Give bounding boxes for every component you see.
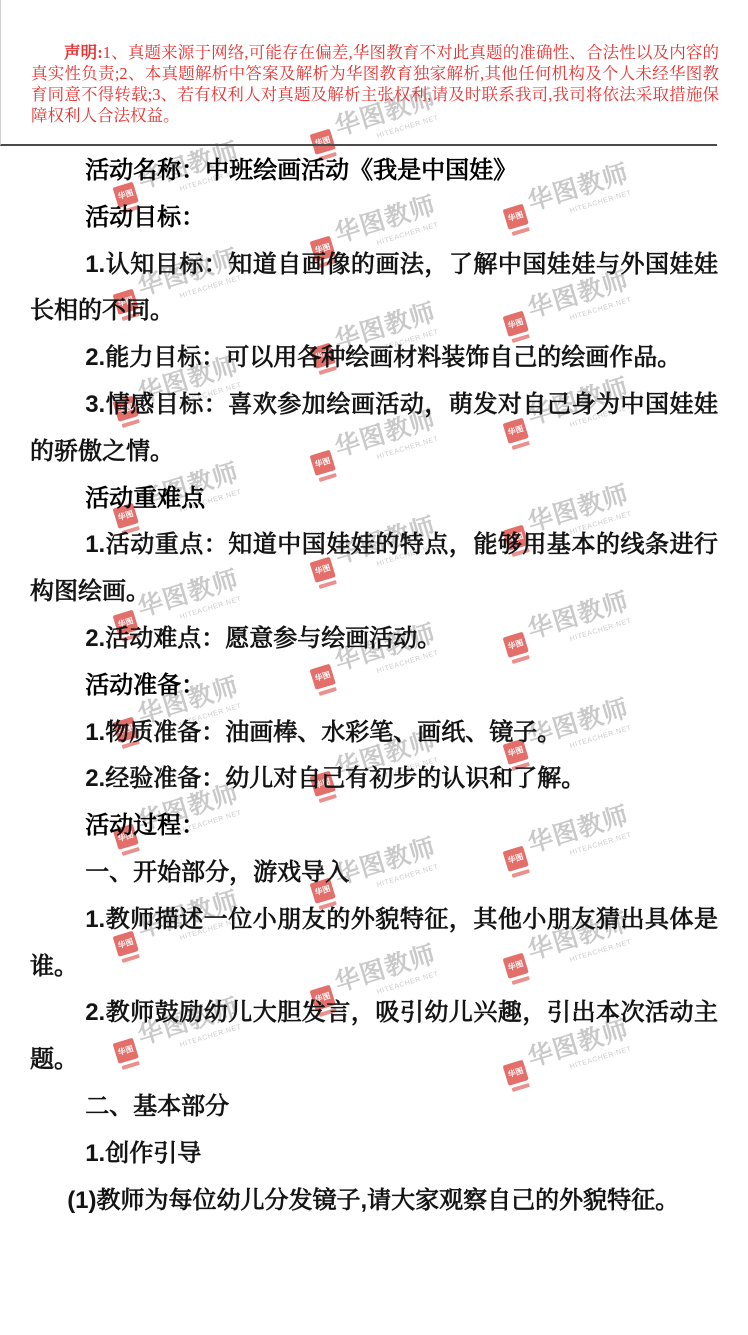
doc-heading: 活动重难点 xyxy=(30,476,718,523)
doc-paragraph: 1.教师描述一位小朋友的外貌特征，其他小朋友猜出具体是谁。 xyxy=(30,897,718,991)
doc-paragraph: 1.认知目标：知道自画像的画法，了解中国娃娃与外国娃娃长相的不同。 xyxy=(30,242,718,336)
doc-paragraph: 1.创作引导 xyxy=(30,1131,718,1178)
doc-heading: 活动过程： xyxy=(30,803,718,850)
doc-paragraph: 2.教师鼓励幼儿大胆发言，吸引幼儿兴趣，引出本次活动主题。 xyxy=(30,990,718,1084)
doc-paragraph: 一、开始部分，游戏导入 xyxy=(30,850,718,897)
doc-paragraph: 2.活动难点：愿意参与绘画活动。 xyxy=(30,616,718,663)
doc-paragraph: 二、基本部分 xyxy=(30,1084,718,1131)
doc-paragraph: 3.情感目标：喜欢参加绘画活动，萌发对自己身为中国娃娃的骄傲之情。 xyxy=(30,382,718,476)
lesson-plan-document: 活动名称：中班绘画活动《我是中国娃》活动目标：1.认知目标：知道自画像的画法，了… xyxy=(30,148,718,1224)
doc-paragraph: 2.能力目标：可以用各种绘画材料装饰自己的绘画作品。 xyxy=(30,335,718,382)
doc-paragraph: (1)教师为每位幼儿分发镜子,请大家观察自己的外貌特征。 xyxy=(30,1178,718,1225)
disclaimer-box: 声明:1、真题来源于网络,可能存在偏差,华图教育不对此真题的准确性、合法性以及内… xyxy=(0,0,717,146)
doc-paragraph: 1.活动重点：知道中国娃娃的特点，能够用基本的线条进行构图绘画。 xyxy=(30,522,718,616)
doc-heading: 活动名称：中班绘画活动《我是中国娃》 xyxy=(30,148,718,195)
disclaimer-label: 声明: xyxy=(64,43,103,62)
disclaimer-body: 1、真题来源于网络,可能存在偏差,华图教育不对此真题的准确性、合法性以及内容的真… xyxy=(31,43,719,125)
doc-heading: 活动准备： xyxy=(30,663,718,710)
doc-paragraph: 1.物质准备：油画棒、水彩笔、画纸、镜子。 xyxy=(30,710,718,757)
doc-heading: 活动目标： xyxy=(30,195,718,242)
disclaimer-text: 声明:1、真题来源于网络,可能存在偏差,华图教育不对此真题的准确性、合法性以及内… xyxy=(31,42,719,126)
doc-paragraph: 2.经验准备：幼儿对自己有初步的认识和了解。 xyxy=(30,756,718,803)
